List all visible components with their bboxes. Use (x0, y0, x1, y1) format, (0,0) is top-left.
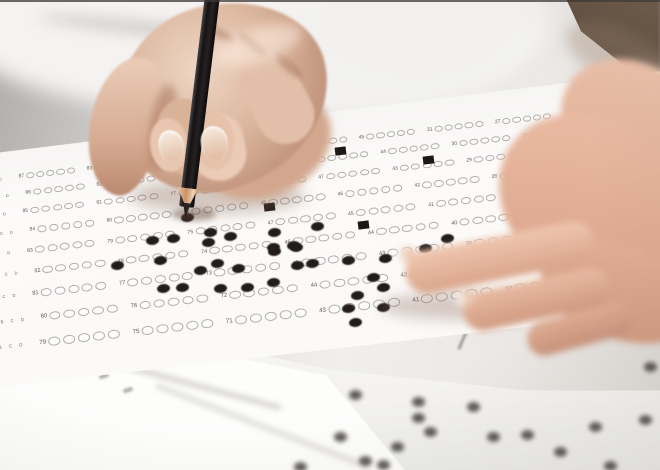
right-hand (0, 0, 660, 470)
photo-bubble-sheet-exam: A B C D7975714341372319A B C D8076724442… (0, 0, 660, 470)
photo-top-edge (0, 0, 660, 2)
pencil-tip-shadow (172, 208, 216, 221)
